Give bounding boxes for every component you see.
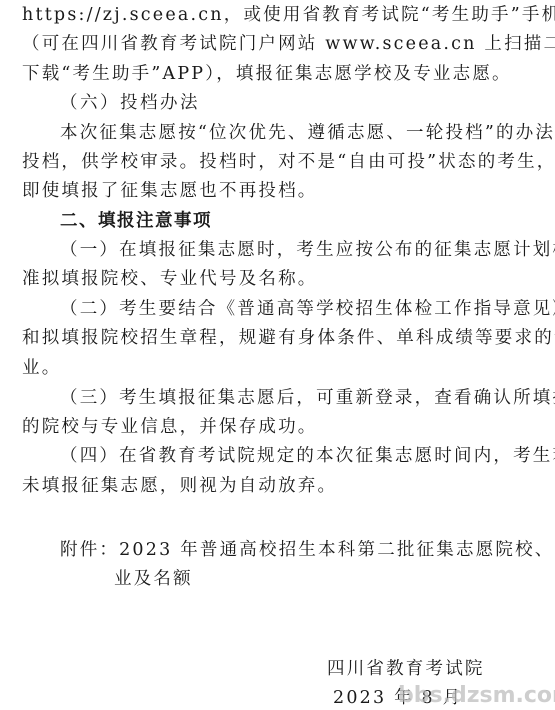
body-line: （可在四川省教育考试院门户网站 www.sceea.cn 上扫描二维码 — [22, 30, 555, 59]
watermark: bbs.dzsm.com — [398, 683, 555, 708]
attachment-line: 附件：2023 年普通高校招生本科第二批征集志愿院校、专 — [60, 536, 555, 565]
item-3-line: （三）考生填报征集志愿后，可重新登录，查看确认所填报 — [60, 384, 555, 413]
signature-org: 四川省教育考试院 — [327, 655, 485, 684]
item-2-line: 和拟填报院校招生章程，规避有身体条件、单科成绩等要求的专 — [22, 324, 555, 353]
paragraph-line: 本次征集志愿按“位次优先、遵循志愿、一轮投档”的办法 — [60, 119, 555, 148]
item-2-line: 业。 — [22, 354, 61, 383]
part-heading-2: 二、填报注意事项 — [60, 207, 212, 236]
item-4-line: 未填报征集志愿，则视为自动放弃。 — [22, 472, 337, 501]
item-3-line: 的院校与专业信息，并保存成功。 — [22, 413, 318, 442]
item-4-line: （四）在省教育考试院规定的本次征集志愿时间内，考生若 — [60, 442, 555, 471]
paragraph-line: 即使填报了征集志愿也不再投档。 — [22, 177, 318, 206]
paragraph-line: 投档，供学校审录。投档时，对不是“自由可投”状态的考生， — [22, 148, 555, 177]
item-1-line: 准拟填报院校、专业代号及名称。 — [22, 265, 318, 294]
item-2-line: （二）考生要结合《普通高等学校招生体检工作指导意见》 — [60, 295, 555, 324]
body-line: https://zj.sceea.cn，或使用省教育考试院“考生助手”手机客户端 — [22, 1, 555, 30]
attachment-line: 业及名额 — [114, 565, 193, 594]
body-line: 下载“考生助手”APP），填报征集志愿学校及专业志愿。 — [22, 60, 512, 89]
item-1-line: （一）在填报征集志愿时，考生应按公布的征集志愿计划核 — [60, 236, 555, 265]
section-heading-6: （六）投档办法 — [60, 89, 200, 118]
